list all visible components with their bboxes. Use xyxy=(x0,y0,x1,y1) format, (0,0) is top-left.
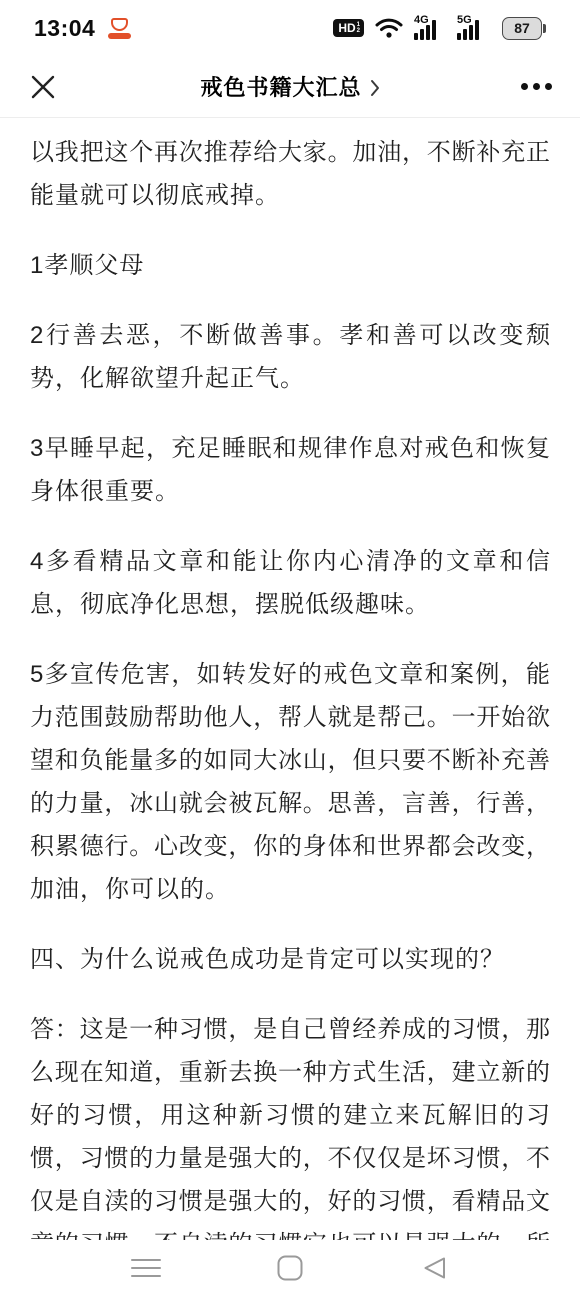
title-area: 戒色书籍大汇总 xyxy=(0,71,580,102)
more-dot xyxy=(521,83,528,90)
text-line: 身体很重要。 xyxy=(30,470,550,513)
signal-5g-bars xyxy=(457,20,479,40)
signal-4g-bars xyxy=(414,20,436,40)
volte-hd-icon: HD 1 2 xyxy=(333,19,364,37)
battery-percent: 87 xyxy=(514,20,530,36)
nav-bar: 戒色书籍大汇总 xyxy=(0,56,580,118)
text-line: 2行善去恶，不断做善事。孝和善可以改变颓 xyxy=(30,314,550,357)
more-menu-button[interactable] xyxy=(521,72,552,102)
signal-4g-icon: 4G xyxy=(414,15,446,41)
text-line: 4多看精品文章和能让你内心清净的文章和信 xyxy=(30,540,550,583)
text-line: 加油，你可以的。 xyxy=(30,868,550,911)
text-line: 仅是自渎的习惯是强大的，好的习惯，看精品文 xyxy=(30,1180,550,1223)
phone-screen: 13:04 HD 1 2 4G xyxy=(0,0,580,1295)
text-line: 3早睡早起，充足睡眠和规律作息对戒色和恢复 xyxy=(30,427,550,470)
close-icon xyxy=(30,74,56,100)
battery-body: 87 xyxy=(502,17,542,40)
more-dot xyxy=(545,83,552,90)
paragraph: 3早睡早起，充足睡眠和规律作息对戒色和恢复身体很重要。 xyxy=(30,427,550,513)
bottom-nav-bar xyxy=(0,1240,580,1295)
status-bar: 13:04 HD 1 2 4G xyxy=(0,0,580,56)
text-line: 息，彻底净化思想，摆脱低级趣味。 xyxy=(30,583,550,626)
text-line: 好的习惯，用这种新习惯的建立来瓦解旧的习 xyxy=(30,1094,550,1137)
text-line: 1孝顺父母 xyxy=(30,244,550,287)
text-line: 积累德行。心改变，你的身体和世界都会改变， xyxy=(30,825,550,868)
paragraph: 5多宣传危害，如转发好的戒色文章和案例，能力范围鼓励帮助他人，帮人就是帮己。一开… xyxy=(30,653,550,911)
hd-sim-numbers: 1 2 xyxy=(357,22,360,34)
close-button[interactable] xyxy=(28,72,58,102)
teacup-bowl xyxy=(111,18,128,31)
paragraph: 答：这是一种习惯，是自己曾经养成的习惯，那么现在知道，重新去换一种方式生活，建立… xyxy=(30,1008,550,1266)
text-line: 望和负能量多的如同大冰山，但只要不断补充善 xyxy=(30,739,550,782)
text-line: 答：这是一种习惯，是自己曾经养成的习惯，那 xyxy=(30,1008,550,1051)
battery-nub xyxy=(543,24,546,33)
signal-5g-icon: 5G xyxy=(457,15,489,41)
more-dot xyxy=(533,83,540,90)
text-line: 的力量，冰山就会被瓦解。思善，言善，行善， xyxy=(30,782,550,825)
text-line: 惯，习惯的力量是强大的，不仅仅是坏习惯，不 xyxy=(30,1137,550,1180)
paragraph: 4多看精品文章和能让你内心清净的文章和信息，彻底净化思想，摆脱低级趣味。 xyxy=(30,540,550,626)
status-icons: HD 1 2 4G 5G xyxy=(333,15,546,41)
clock: 13:04 xyxy=(34,15,95,42)
battery-icon: 87 xyxy=(502,17,546,40)
chevron-right-icon xyxy=(370,79,380,97)
article-body[interactable]: 以我把这个再次推荐给大家。加油，不断补充正能量就可以彻底戒掉。1孝顺父母2行善去… xyxy=(0,119,580,1295)
text-line: 势，化解欲望升起正气。 xyxy=(30,357,550,400)
back-button[interactable] xyxy=(418,1252,450,1284)
wifi-icon xyxy=(375,16,403,40)
paragraph: 以我把这个再次推荐给大家。加油，不断补充正能量就可以彻底戒掉。 xyxy=(30,131,550,217)
text-line: 力范围鼓励帮助他人，帮人就是帮己。一开始欲 xyxy=(30,696,550,739)
paragraph: 2行善去恶，不断做善事。孝和善可以改变颓势，化解欲望升起正气。 xyxy=(30,314,550,400)
menu-icon xyxy=(131,1259,161,1277)
text-line: 四、为什么说戒色成功是肯定可以实现的？ xyxy=(30,938,550,981)
hd-label: HD xyxy=(338,22,355,34)
paragraph: 四、为什么说戒色成功是肯定可以实现的？ xyxy=(30,938,550,981)
back-icon xyxy=(420,1255,448,1281)
text-line: 么现在知道，重新去换一种方式生活，建立新的 xyxy=(30,1051,550,1094)
home-button[interactable] xyxy=(274,1252,306,1284)
home-icon xyxy=(276,1254,304,1282)
text-line: 5多宣传危害，如转发好的戒色文章和案例，能 xyxy=(30,653,550,696)
teacup-saucer xyxy=(108,33,131,39)
paragraph: 1孝顺父母 xyxy=(30,244,550,287)
recent-apps-button[interactable] xyxy=(130,1252,162,1284)
text-line: 能量就可以彻底戒掉。 xyxy=(30,174,550,217)
page-title[interactable]: 戒色书籍大汇总 xyxy=(200,71,361,102)
text-line: 以我把这个再次推荐给大家。加油，不断补充正 xyxy=(30,131,550,174)
teacup-notification-icon xyxy=(107,17,133,41)
